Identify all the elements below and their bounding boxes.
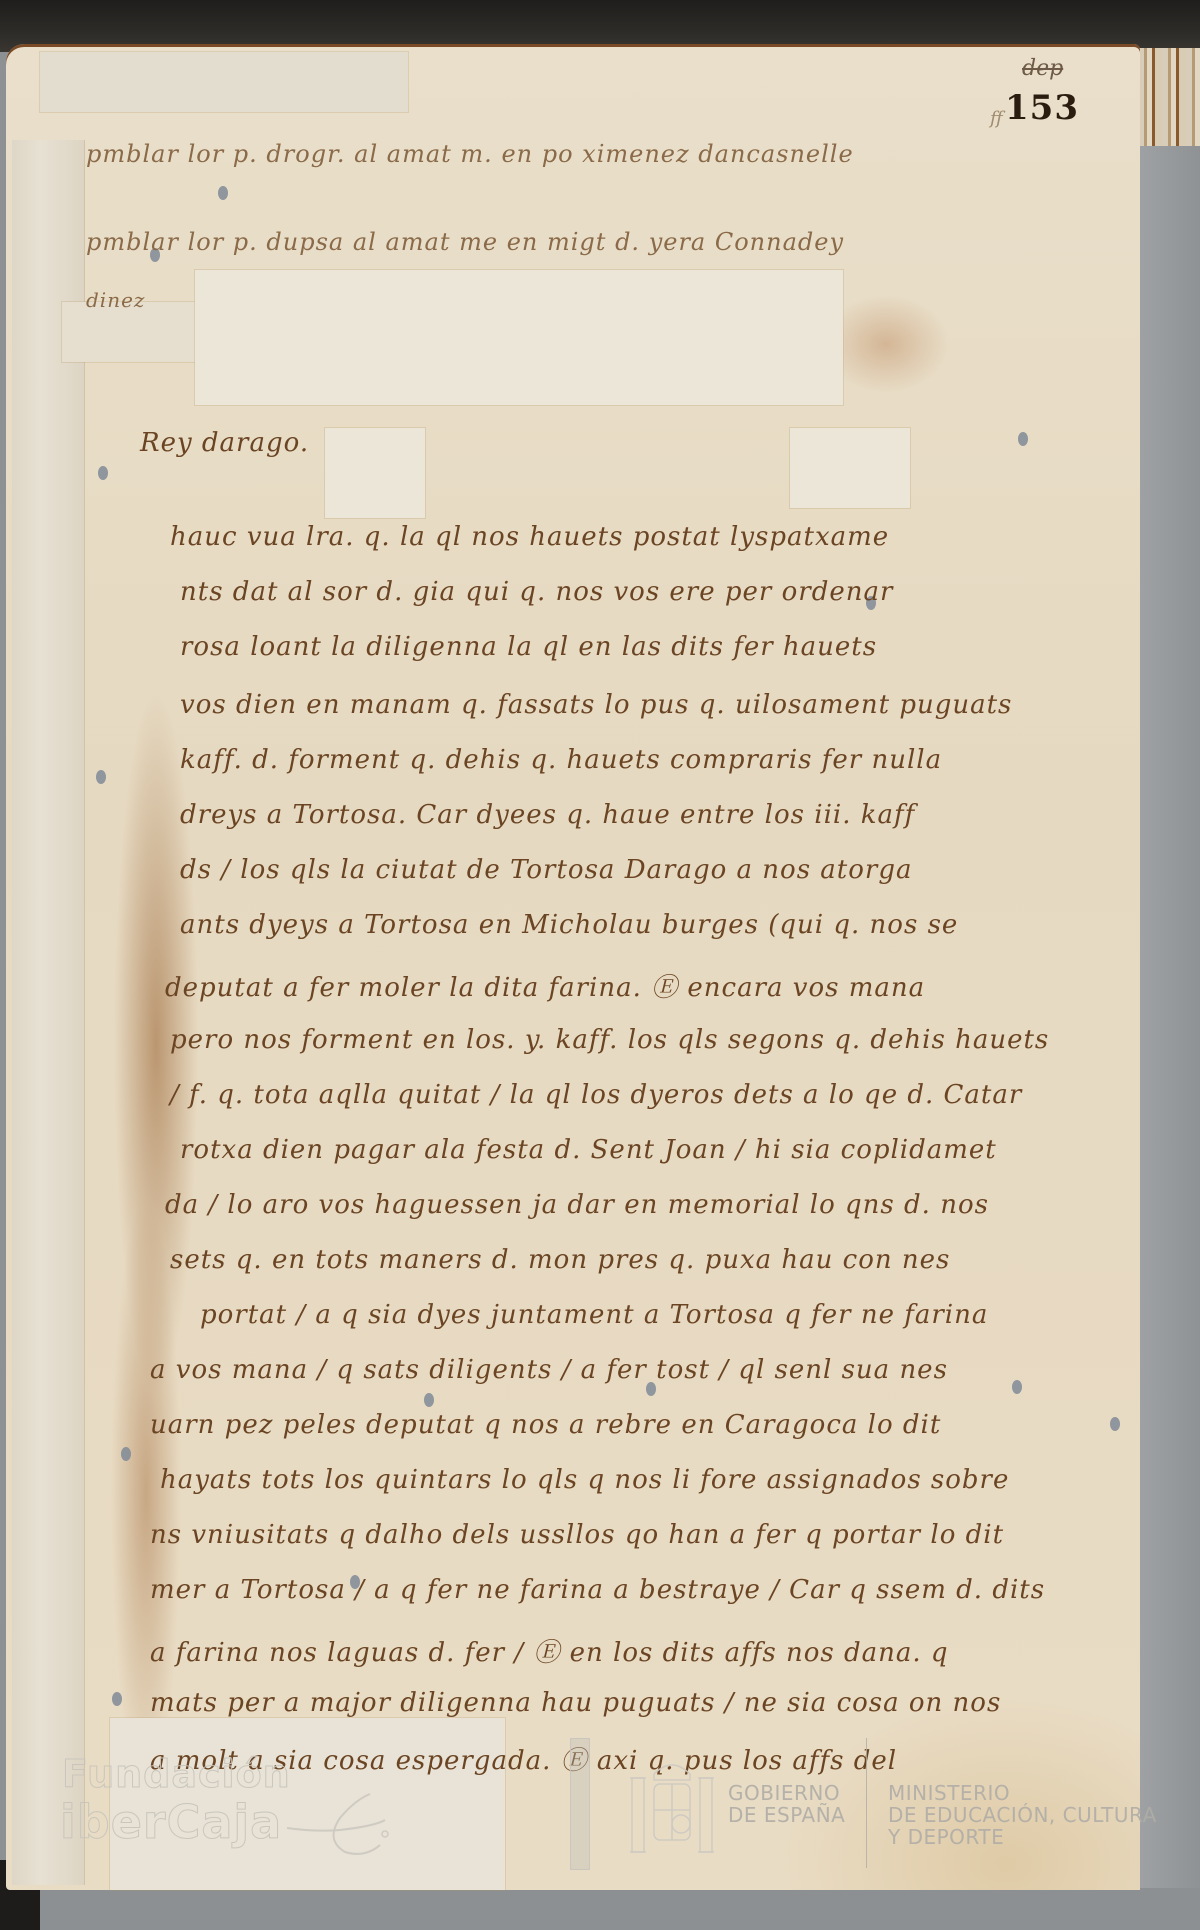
ibercaja-watermark-line2: iberCaja (60, 1795, 282, 1849)
paper-repair-strip (12, 140, 85, 1885)
ministry-watermark-line2: DE EDUCACIÓN, CULTURA (888, 1804, 1157, 1826)
hole-mark (218, 186, 228, 200)
hole-mark (1018, 432, 1028, 446)
body-line: sets q. en tots maners d. mon pres q. pu… (170, 1245, 950, 1275)
paper-repair-patch (325, 428, 425, 518)
body-line: dreys a Tortosa. Car dyees q. haue entre… (180, 800, 915, 830)
body-line: vos dien en manam q. fassats lo pus q. u… (180, 690, 1012, 720)
body-line: mats per a major diligenna hau puguats /… (150, 1688, 1001, 1718)
body-line: hayats tots los quintars lo qls q nos li… (160, 1465, 1009, 1495)
folio-number: 153 (1005, 88, 1079, 128)
hole-mark (1012, 1380, 1022, 1394)
government-watermark: GOBIERNO DE ESPAÑA (728, 1782, 845, 1826)
government-watermark-line2: DE ESPAÑA (728, 1804, 845, 1826)
ministry-watermark-line3: Y DEPORTE (888, 1826, 1157, 1848)
body-line: hauc vua lra. q. la ql nos hauets postat… (170, 522, 889, 552)
body-line: a vos mana / q sats diligents / a fer to… (150, 1355, 948, 1385)
body-line: uarn pez peles deputat q nos a rebre en … (150, 1410, 941, 1440)
salutation: Rey darago. (140, 428, 309, 458)
header-note: pmblar lor p. drogr. al amat m. en po xi… (86, 140, 854, 168)
spain-coat-of-arms-icon (624, 1752, 720, 1862)
folio-marginal-note: ff (990, 108, 1003, 129)
eu-flag-bar-icon (570, 1738, 590, 1870)
hole-mark (98, 466, 108, 480)
hole-mark (112, 1692, 122, 1706)
body-line: a farina nos laguas d. fer / Ⓔ en los di… (150, 1632, 949, 1669)
body-line: ds / los qls la ciutat de Tortosa Darago… (180, 855, 912, 885)
body-line: ns vniusitats q dalho dels ussllos qo ha… (150, 1520, 1004, 1550)
watermark-divider (866, 1738, 867, 1868)
body-line: nts dat al sor d. gia qui q. nos vos ere… (180, 577, 893, 607)
hole-mark (1110, 1417, 1120, 1431)
ministry-watermark-line1: MINISTERIO (888, 1782, 1157, 1804)
ibercaja-logo-icon (285, 1790, 395, 1860)
gray-backdrop-right (1138, 145, 1200, 1930)
header-note: pmblar lor p. dupsa al amat me en migt d… (86, 228, 844, 256)
paper-repair-patch (195, 270, 843, 405)
body-line: kaff. d. forment q. dehis q. hauets comp… (180, 745, 942, 775)
paper-repair-patch (40, 52, 408, 112)
body-line: deputat a fer moler la dita farina. Ⓔ en… (165, 967, 925, 1004)
header-note: dinez (86, 288, 145, 312)
gray-backdrop-bottom (36, 1888, 1200, 1930)
hole-mark (424, 1393, 434, 1407)
binding-edge (1138, 48, 1200, 146)
old-folio-number: dep (1022, 56, 1063, 81)
hole-mark (96, 770, 106, 784)
paper-repair-patch (790, 428, 910, 508)
body-line: portat / a q sia dyes juntament a Tortos… (200, 1300, 988, 1330)
body-line: ants dyeys a Tortosa en Micholau burges … (180, 910, 958, 940)
government-watermark-line1: GOBIERNO (728, 1782, 845, 1804)
hole-mark (121, 1447, 131, 1461)
body-line: rosa loant la diligenna la ql en las dit… (180, 632, 877, 662)
ibercaja-watermark-line1: Fundación (62, 1752, 291, 1796)
ministry-watermark: MINISTERIO DE EDUCACIÓN, CULTURA Y DEPOR… (888, 1782, 1157, 1848)
body-line: rotxa dien pagar ala festa d. Sent Joan … (180, 1135, 997, 1165)
body-line: pero nos forment en los. y. kaff. los ql… (170, 1025, 1049, 1055)
body-line: / f. q. tota aqlla quitat / la ql los dy… (170, 1080, 1022, 1110)
body-line: mer a Tortosa / a q fer ne farina a best… (150, 1575, 1045, 1605)
body-line: da / lo aro vos haguessen ja dar en memo… (165, 1190, 989, 1220)
